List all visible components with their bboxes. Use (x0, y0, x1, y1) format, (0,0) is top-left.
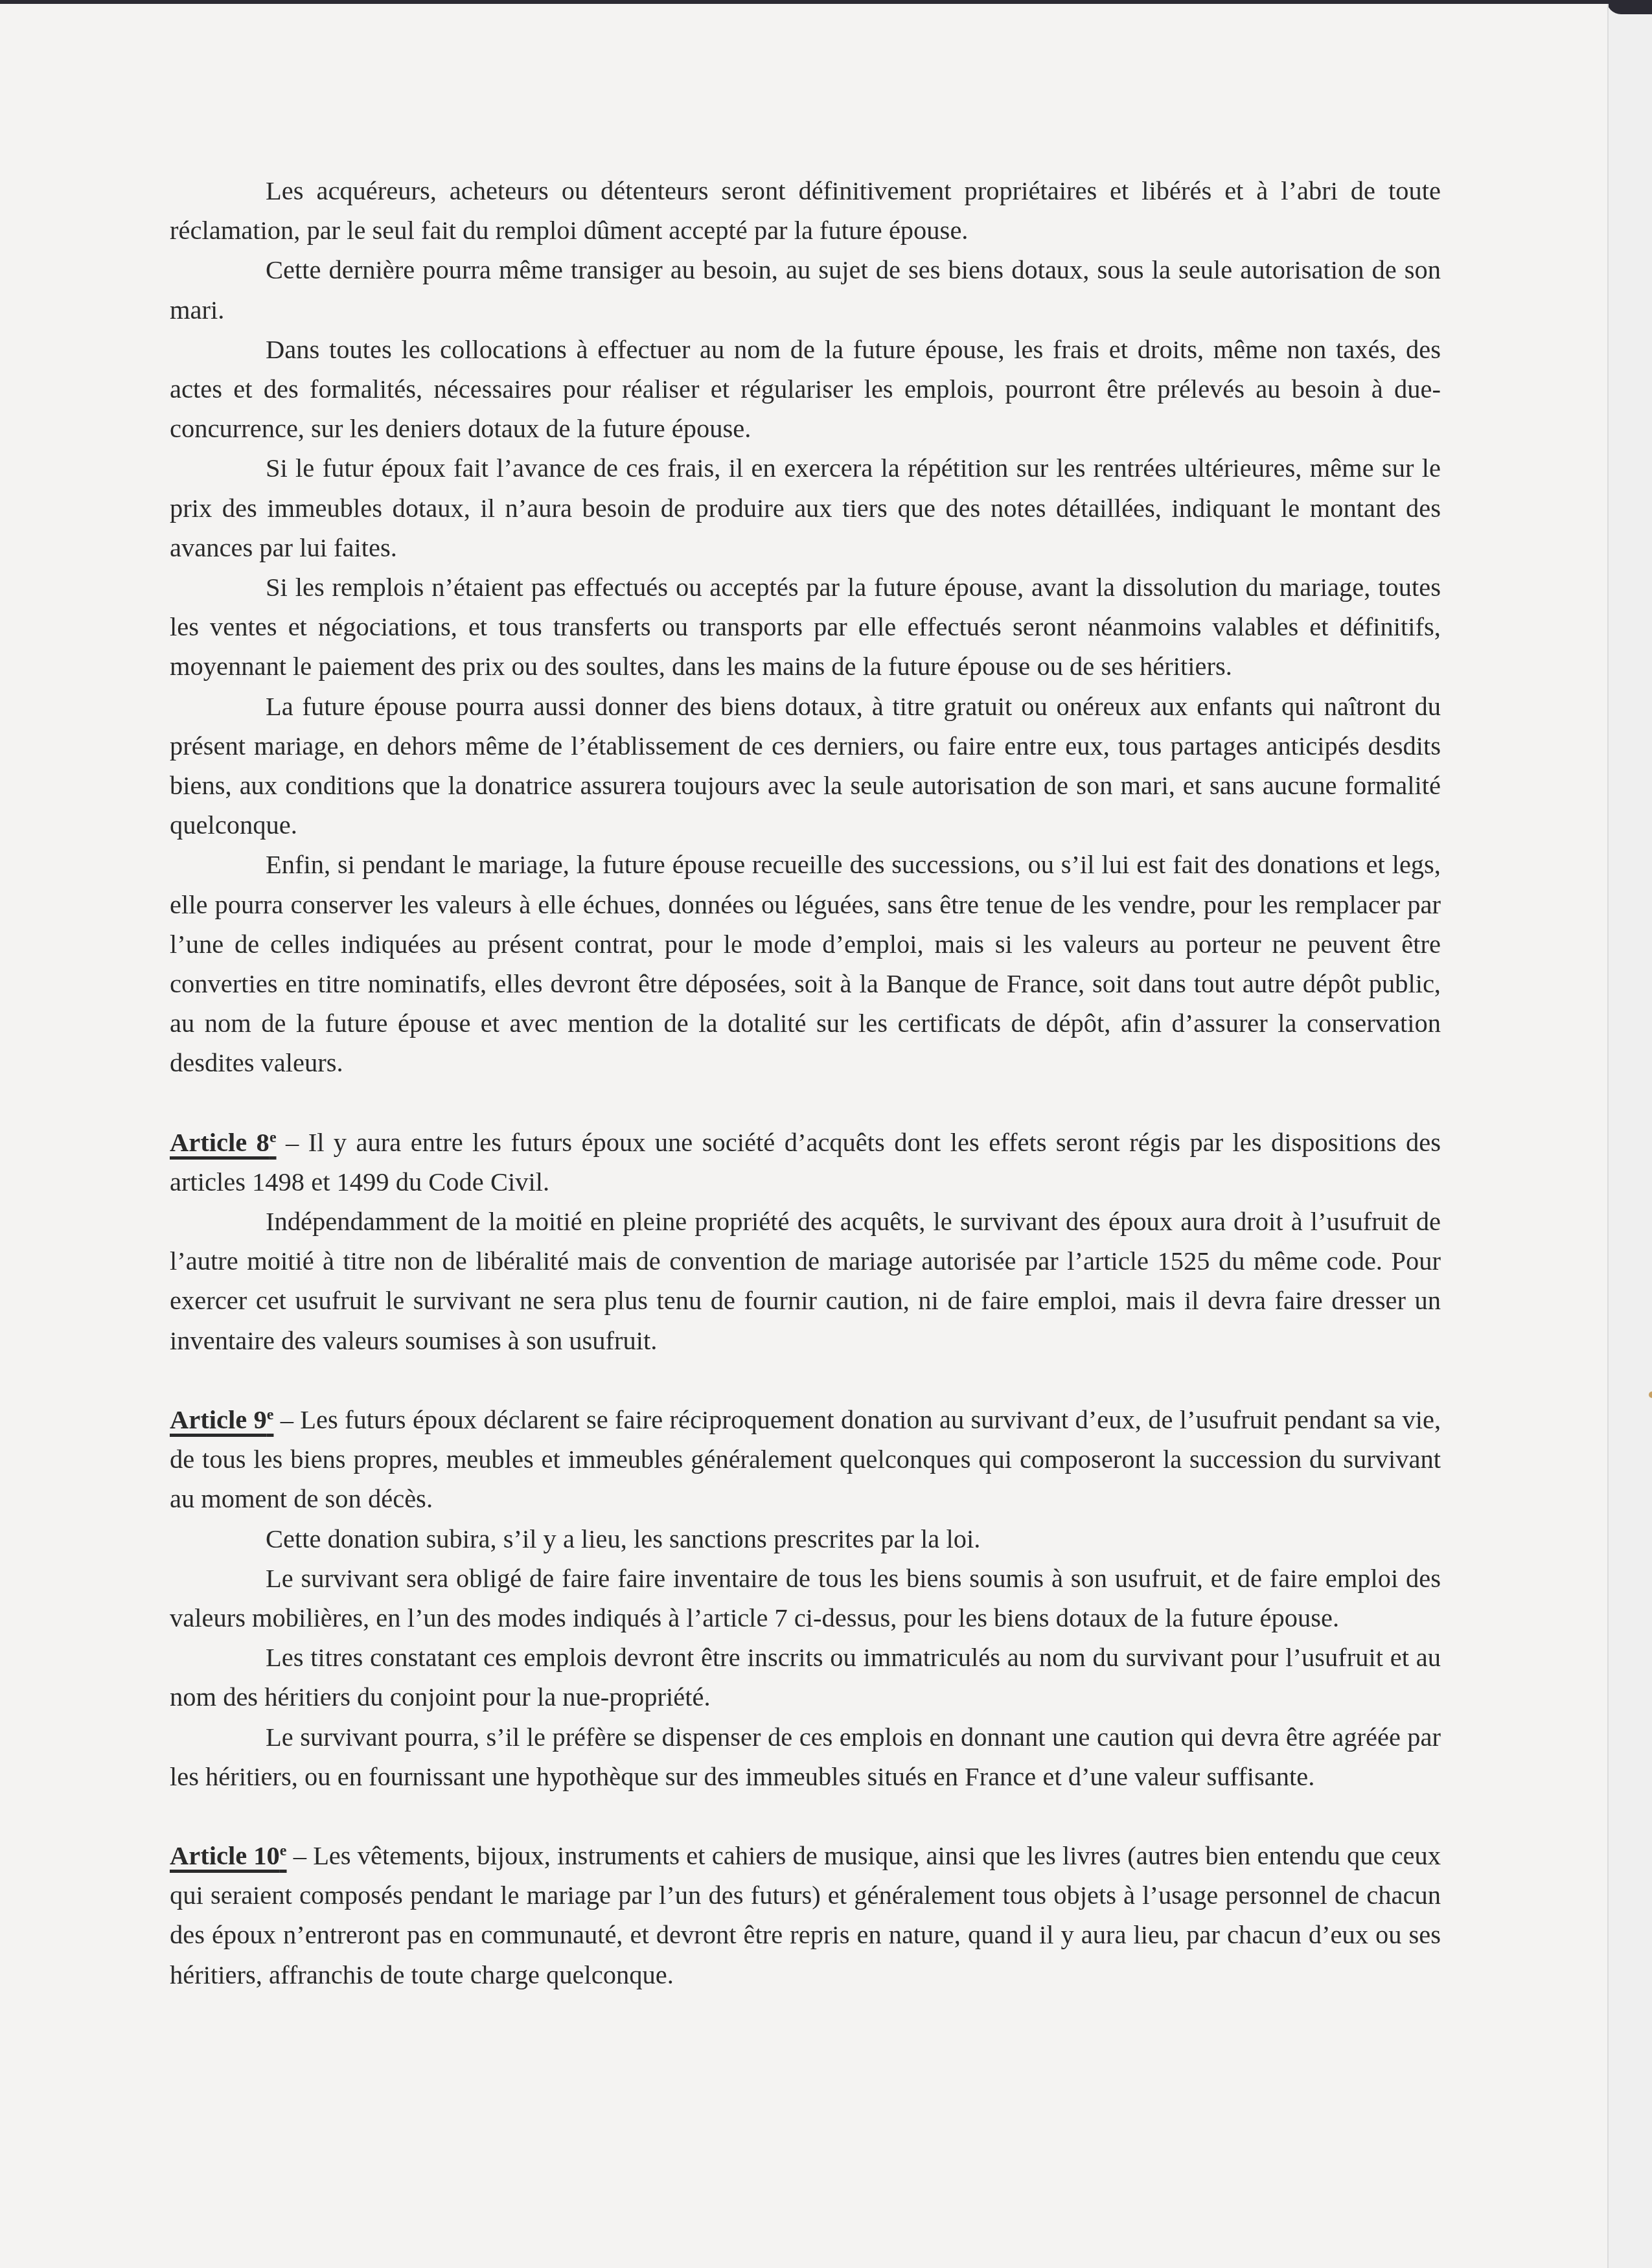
article-8-paragraph: Indépendamment de la moitié en pleine pr… (170, 1202, 1441, 1360)
article-9-paragraph: Les titres constatant ces emplois devron… (170, 1638, 1441, 1717)
article-9-paragraph: Le survivant pourra, s’il le préfère se … (170, 1717, 1441, 1796)
article-9-paragraph: Le survivant sera obligé de faire faire … (170, 1559, 1441, 1638)
article-9-lead: Article 9e – Les futurs époux déclarent … (170, 1400, 1441, 1519)
paragraph-transiger: Cette dernière pourra même transiger au … (170, 250, 1441, 329)
paragraph-remplois: Si les remplois n’étaient pas effectués … (170, 567, 1441, 687)
section-spacer (170, 1796, 1441, 1836)
paper-speck (1649, 1392, 1652, 1398)
document-page: Les acquéreurs, acheteurs ou détenteurs … (0, 4, 1609, 2268)
document-body: Les acquéreurs, acheteurs ou détenteurs … (170, 171, 1441, 1995)
scanner-corner (1607, 0, 1652, 14)
article-8-heading: Article 8e (170, 1128, 277, 1157)
section-spacer (170, 1360, 1441, 1400)
paragraph-collocations: Dans toutes les collocations à effectuer… (170, 330, 1441, 449)
paragraph-donner-biens: La future épouse pourra aussi donner des… (170, 687, 1441, 845)
paragraph-acquereurs: Les acquéreurs, acheteurs ou détenteurs … (170, 171, 1441, 250)
paragraph-avance-frais: Si le futur époux fait l’avance de ces f… (170, 448, 1441, 567)
article-8-lead: Article 8e – Il y aura entre les futurs … (170, 1123, 1441, 1202)
article-10-lead: Article 10e – Les vêtements, bijoux, ins… (170, 1836, 1441, 1995)
paragraph-successions: Enfin, si pendant le mariage, la future … (170, 845, 1441, 1082)
article-10-heading: Article 10e (170, 1841, 287, 1870)
article-9-heading: Article 9e (170, 1405, 273, 1434)
article-9-paragraph: Cette donation subira, s’il y a lieu, le… (170, 1519, 1441, 1559)
section-spacer (170, 1083, 1441, 1123)
